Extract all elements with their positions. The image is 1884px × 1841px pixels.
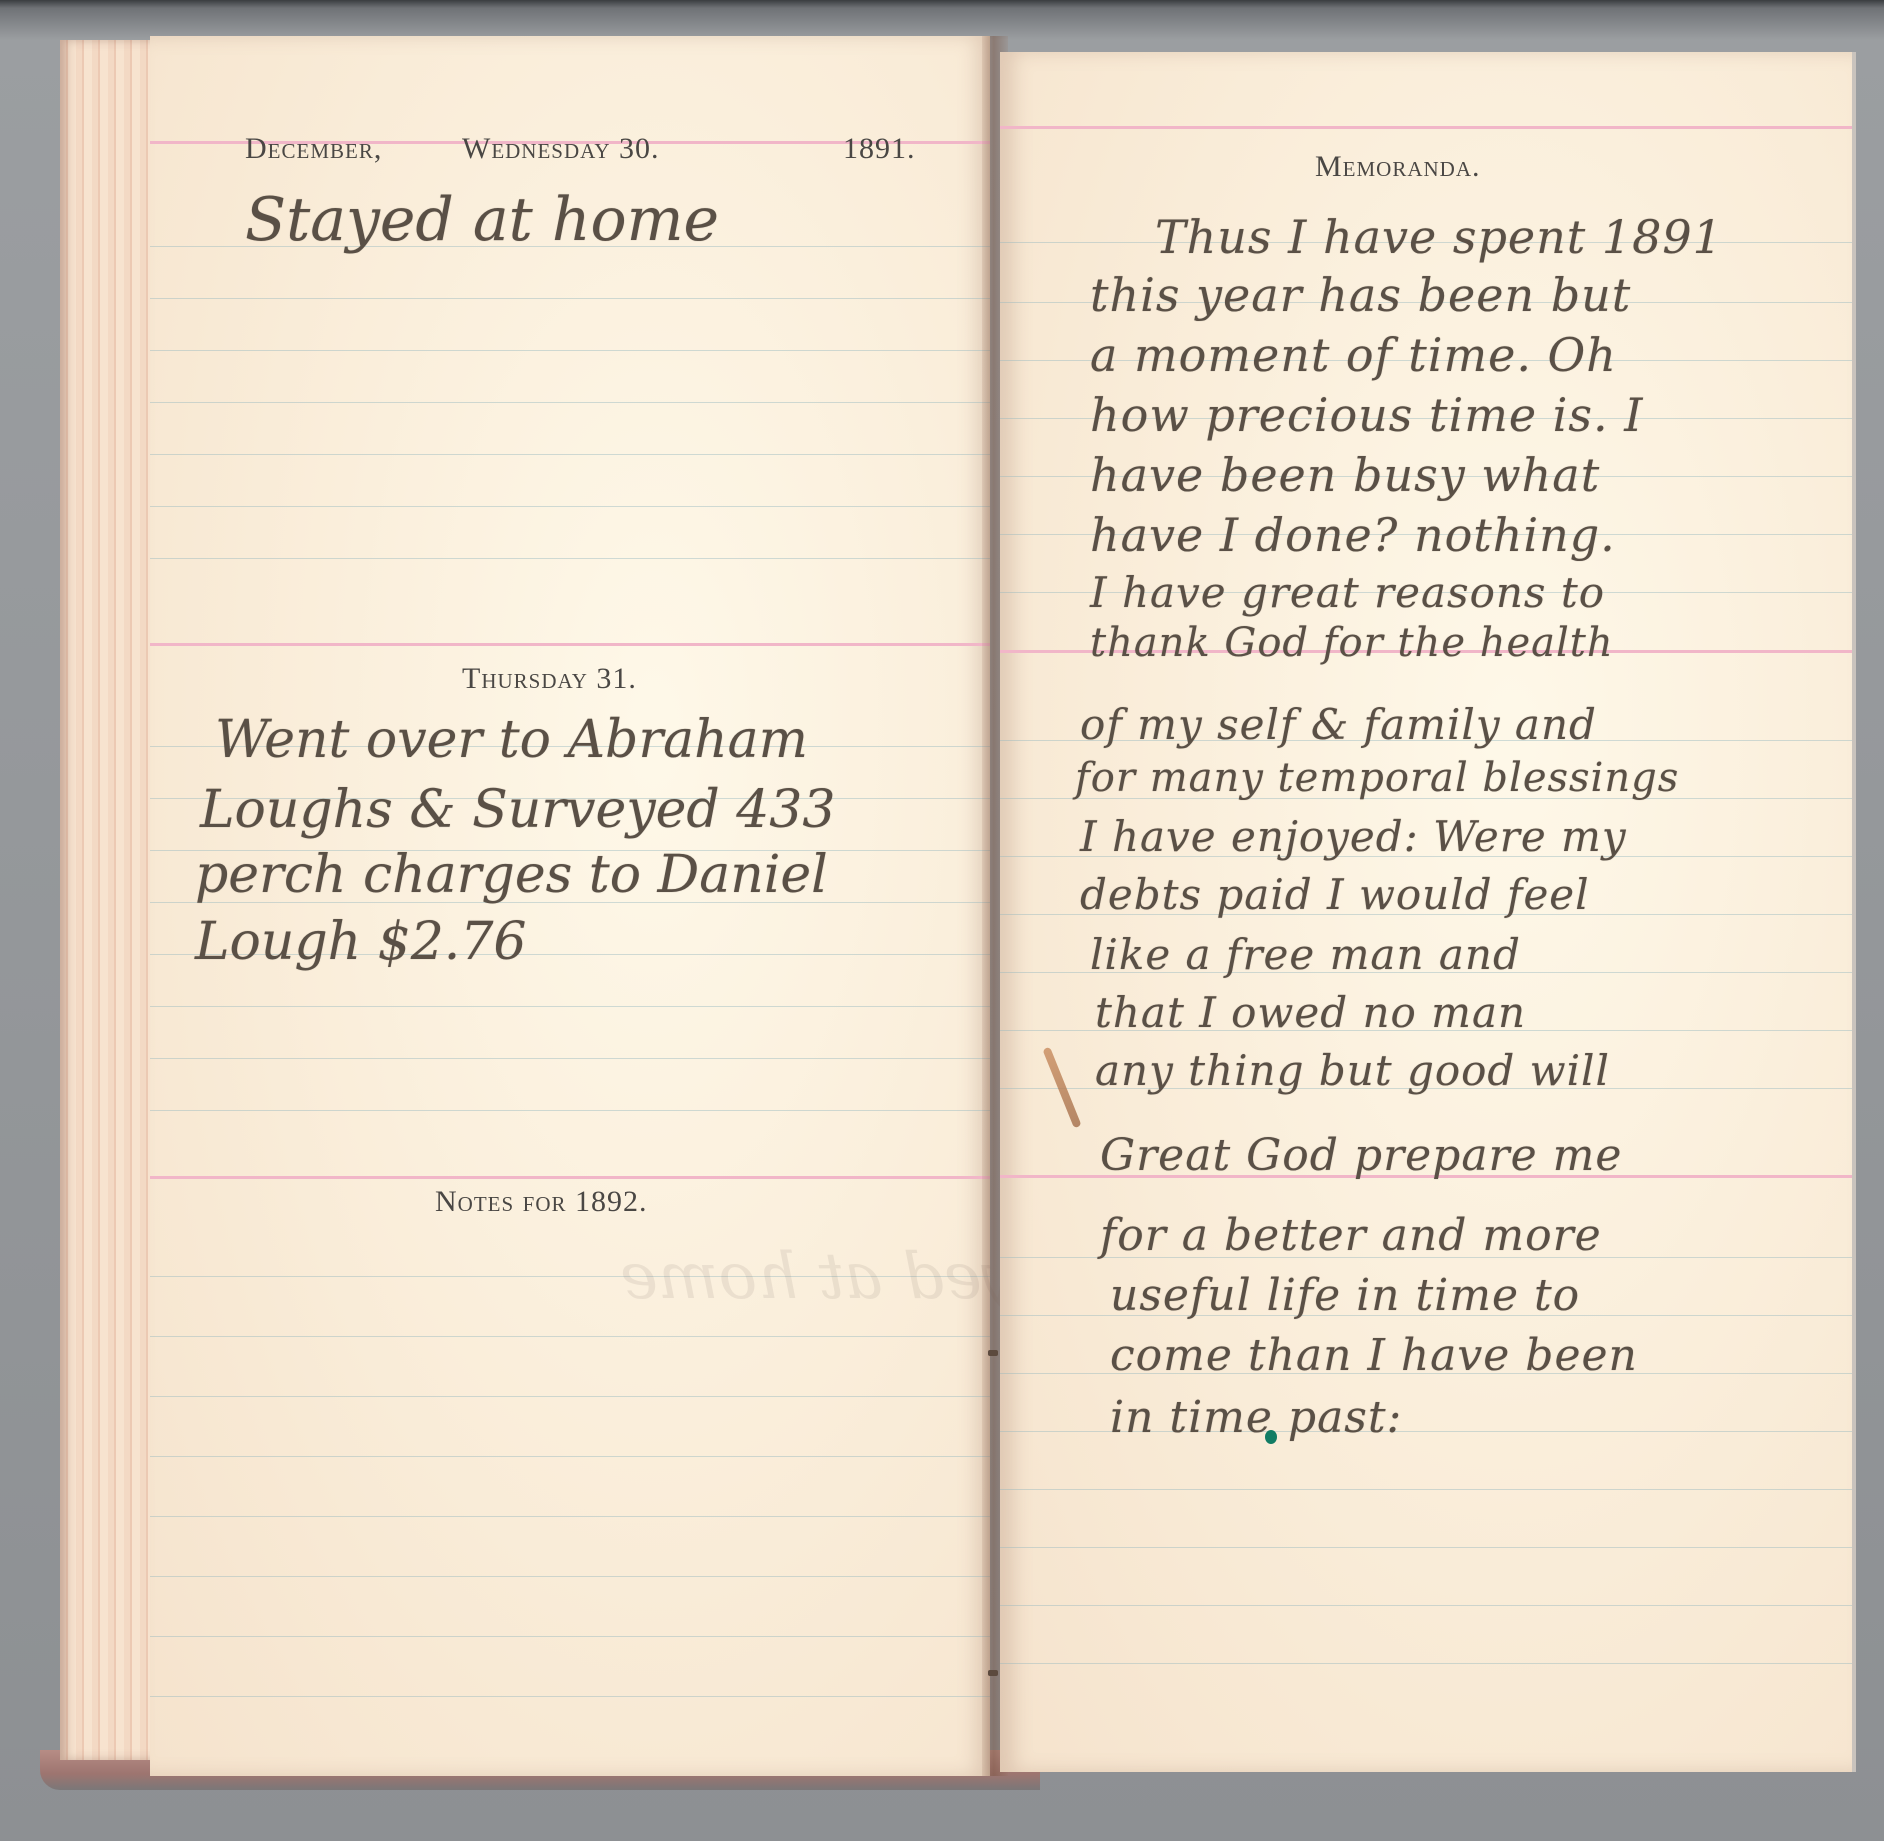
- memo-line: have been busy what: [1090, 448, 1600, 502]
- entry-thursday-line: Lough $2.76: [195, 912, 527, 972]
- header-day-thursday: Thursday 31.: [462, 662, 637, 696]
- memo-line: useful life in time to: [1110, 1270, 1580, 1321]
- pink-rule: [150, 643, 990, 646]
- left-page: [150, 36, 990, 1776]
- ruled-line: [150, 1336, 990, 1337]
- memo-line: this year has been but: [1090, 268, 1631, 322]
- ruled-line: [150, 558, 990, 559]
- ruled-line: [150, 506, 990, 507]
- ruled-line: [1000, 1663, 1852, 1664]
- ruled-line: [150, 454, 990, 455]
- ruled-line: [150, 402, 990, 403]
- ruled-line: [150, 1058, 990, 1059]
- memo-line: of my self & family and: [1080, 700, 1597, 749]
- memo-line: Thus I have spent 1891: [1155, 210, 1723, 264]
- memo-line: thank God for the health: [1090, 620, 1614, 666]
- ruled-line: [150, 1696, 990, 1697]
- entry-thursday-line: Loughs & Surveyed 433: [200, 780, 835, 840]
- memo-line: I have great reasons to: [1090, 568, 1605, 617]
- memo-line: any thing but good will: [1095, 1046, 1610, 1095]
- pink-rule: [1000, 126, 1852, 129]
- memo-line: have I done? nothing.: [1090, 508, 1616, 562]
- memo-line: I have enjoyed: Were my: [1080, 812, 1627, 861]
- memo-line: for many temporal blessings: [1075, 755, 1679, 801]
- memoranda-header: Memoranda.: [1315, 150, 1481, 184]
- memo-line: a moment of time. Oh: [1090, 328, 1617, 382]
- page-stack-edge: [60, 40, 160, 1760]
- ruled-line: [150, 1516, 990, 1517]
- memo-line: come than I have been: [1110, 1330, 1638, 1381]
- memo-line: how precious time is. I: [1090, 388, 1643, 442]
- binding-stitch: [988, 1350, 998, 1356]
- pink-rule: [150, 1176, 990, 1179]
- ruled-line: [150, 1110, 990, 1111]
- memo-line: Great God prepare me: [1100, 1130, 1622, 1181]
- header-month: December,: [245, 132, 382, 166]
- ruled-line: [1000, 1547, 1852, 1548]
- ruled-line: [150, 1396, 990, 1397]
- ruled-line: [1000, 1605, 1852, 1606]
- ruled-line: [150, 1006, 990, 1007]
- entry-thursday-line: perch charges to Daniel: [195, 845, 828, 905]
- entry-thursday-line: Went over to Abraham: [215, 710, 808, 770]
- ruled-line: [150, 1636, 990, 1637]
- binding-stitch: [988, 1670, 998, 1676]
- memo-line: for a better and more: [1100, 1210, 1602, 1261]
- header-year: 1891.: [843, 132, 916, 166]
- memo-line: debts paid I would feel: [1080, 870, 1590, 919]
- ruled-line: [150, 1576, 990, 1577]
- notes-header: Notes for 1892.: [435, 1185, 648, 1219]
- ruled-line: [1000, 1489, 1852, 1490]
- ruled-line: [150, 1456, 990, 1457]
- memo-line: that I owed no man: [1095, 988, 1526, 1037]
- memo-line: in time past:: [1110, 1392, 1402, 1443]
- ruled-line: [150, 350, 990, 351]
- ink-spot: [1265, 1430, 1277, 1444]
- memo-line: like a free man and: [1090, 930, 1521, 979]
- entry-wednesday-line: Stayed at home: [245, 185, 719, 255]
- header-day-wednesday: Wednesday 30.: [462, 132, 660, 166]
- ruled-line: [150, 298, 990, 299]
